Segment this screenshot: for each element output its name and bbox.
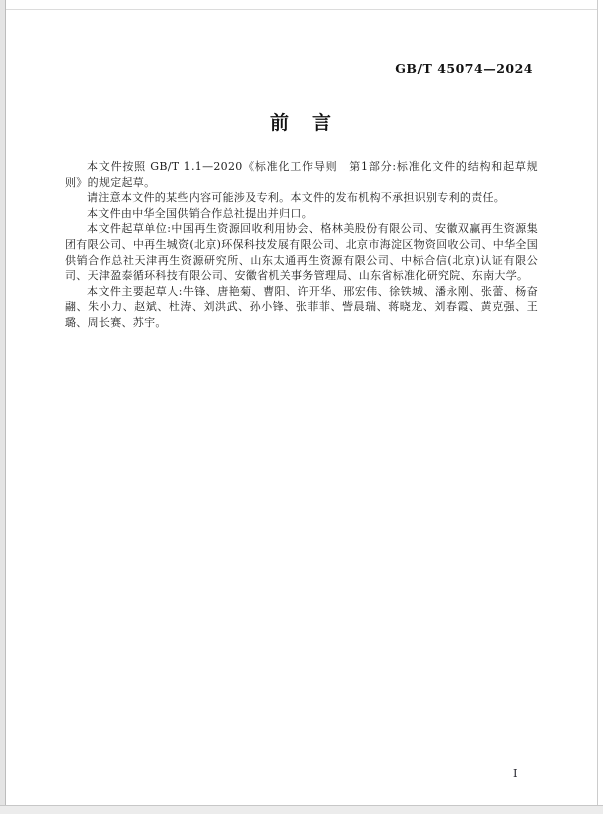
paragraph-proposing-body: 本文件由中华全国供销合作总社提出并归口。	[65, 206, 538, 222]
scan-edge-top	[6, 9, 597, 10]
standard-code: GB/T 45074—2024	[395, 61, 533, 76]
paragraph-drafting-organizations: 本文件起草单位:中国再生资源回收利用协会、格林美股份有限公司、安徽双赢再生资源集…	[65, 221, 538, 283]
paragraph-drafting-rules: 本文件按照 GB/T 1.1—2020《标准化工作导则 第1部分:标准化文件的结…	[65, 159, 538, 190]
page-number: I	[513, 766, 518, 780]
scan-edge-bottom-band	[0, 806, 603, 814]
paragraph-main-drafters: 本文件主要起草人:牛锋、唐艳菊、曹阳、许开华、邢宏伟、徐铁城、潘永刚、张蕾、杨奋…	[65, 284, 538, 331]
page-title: 前 言	[0, 108, 603, 135]
paragraph-patent-notice: 请注意本文件的某些内容可能涉及专利。本文件的发布机构不承担识别专利的责任。	[65, 190, 538, 206]
foreword-body: 本文件按照 GB/T 1.1—2020《标准化工作导则 第1部分:标准化文件的结…	[65, 159, 538, 331]
